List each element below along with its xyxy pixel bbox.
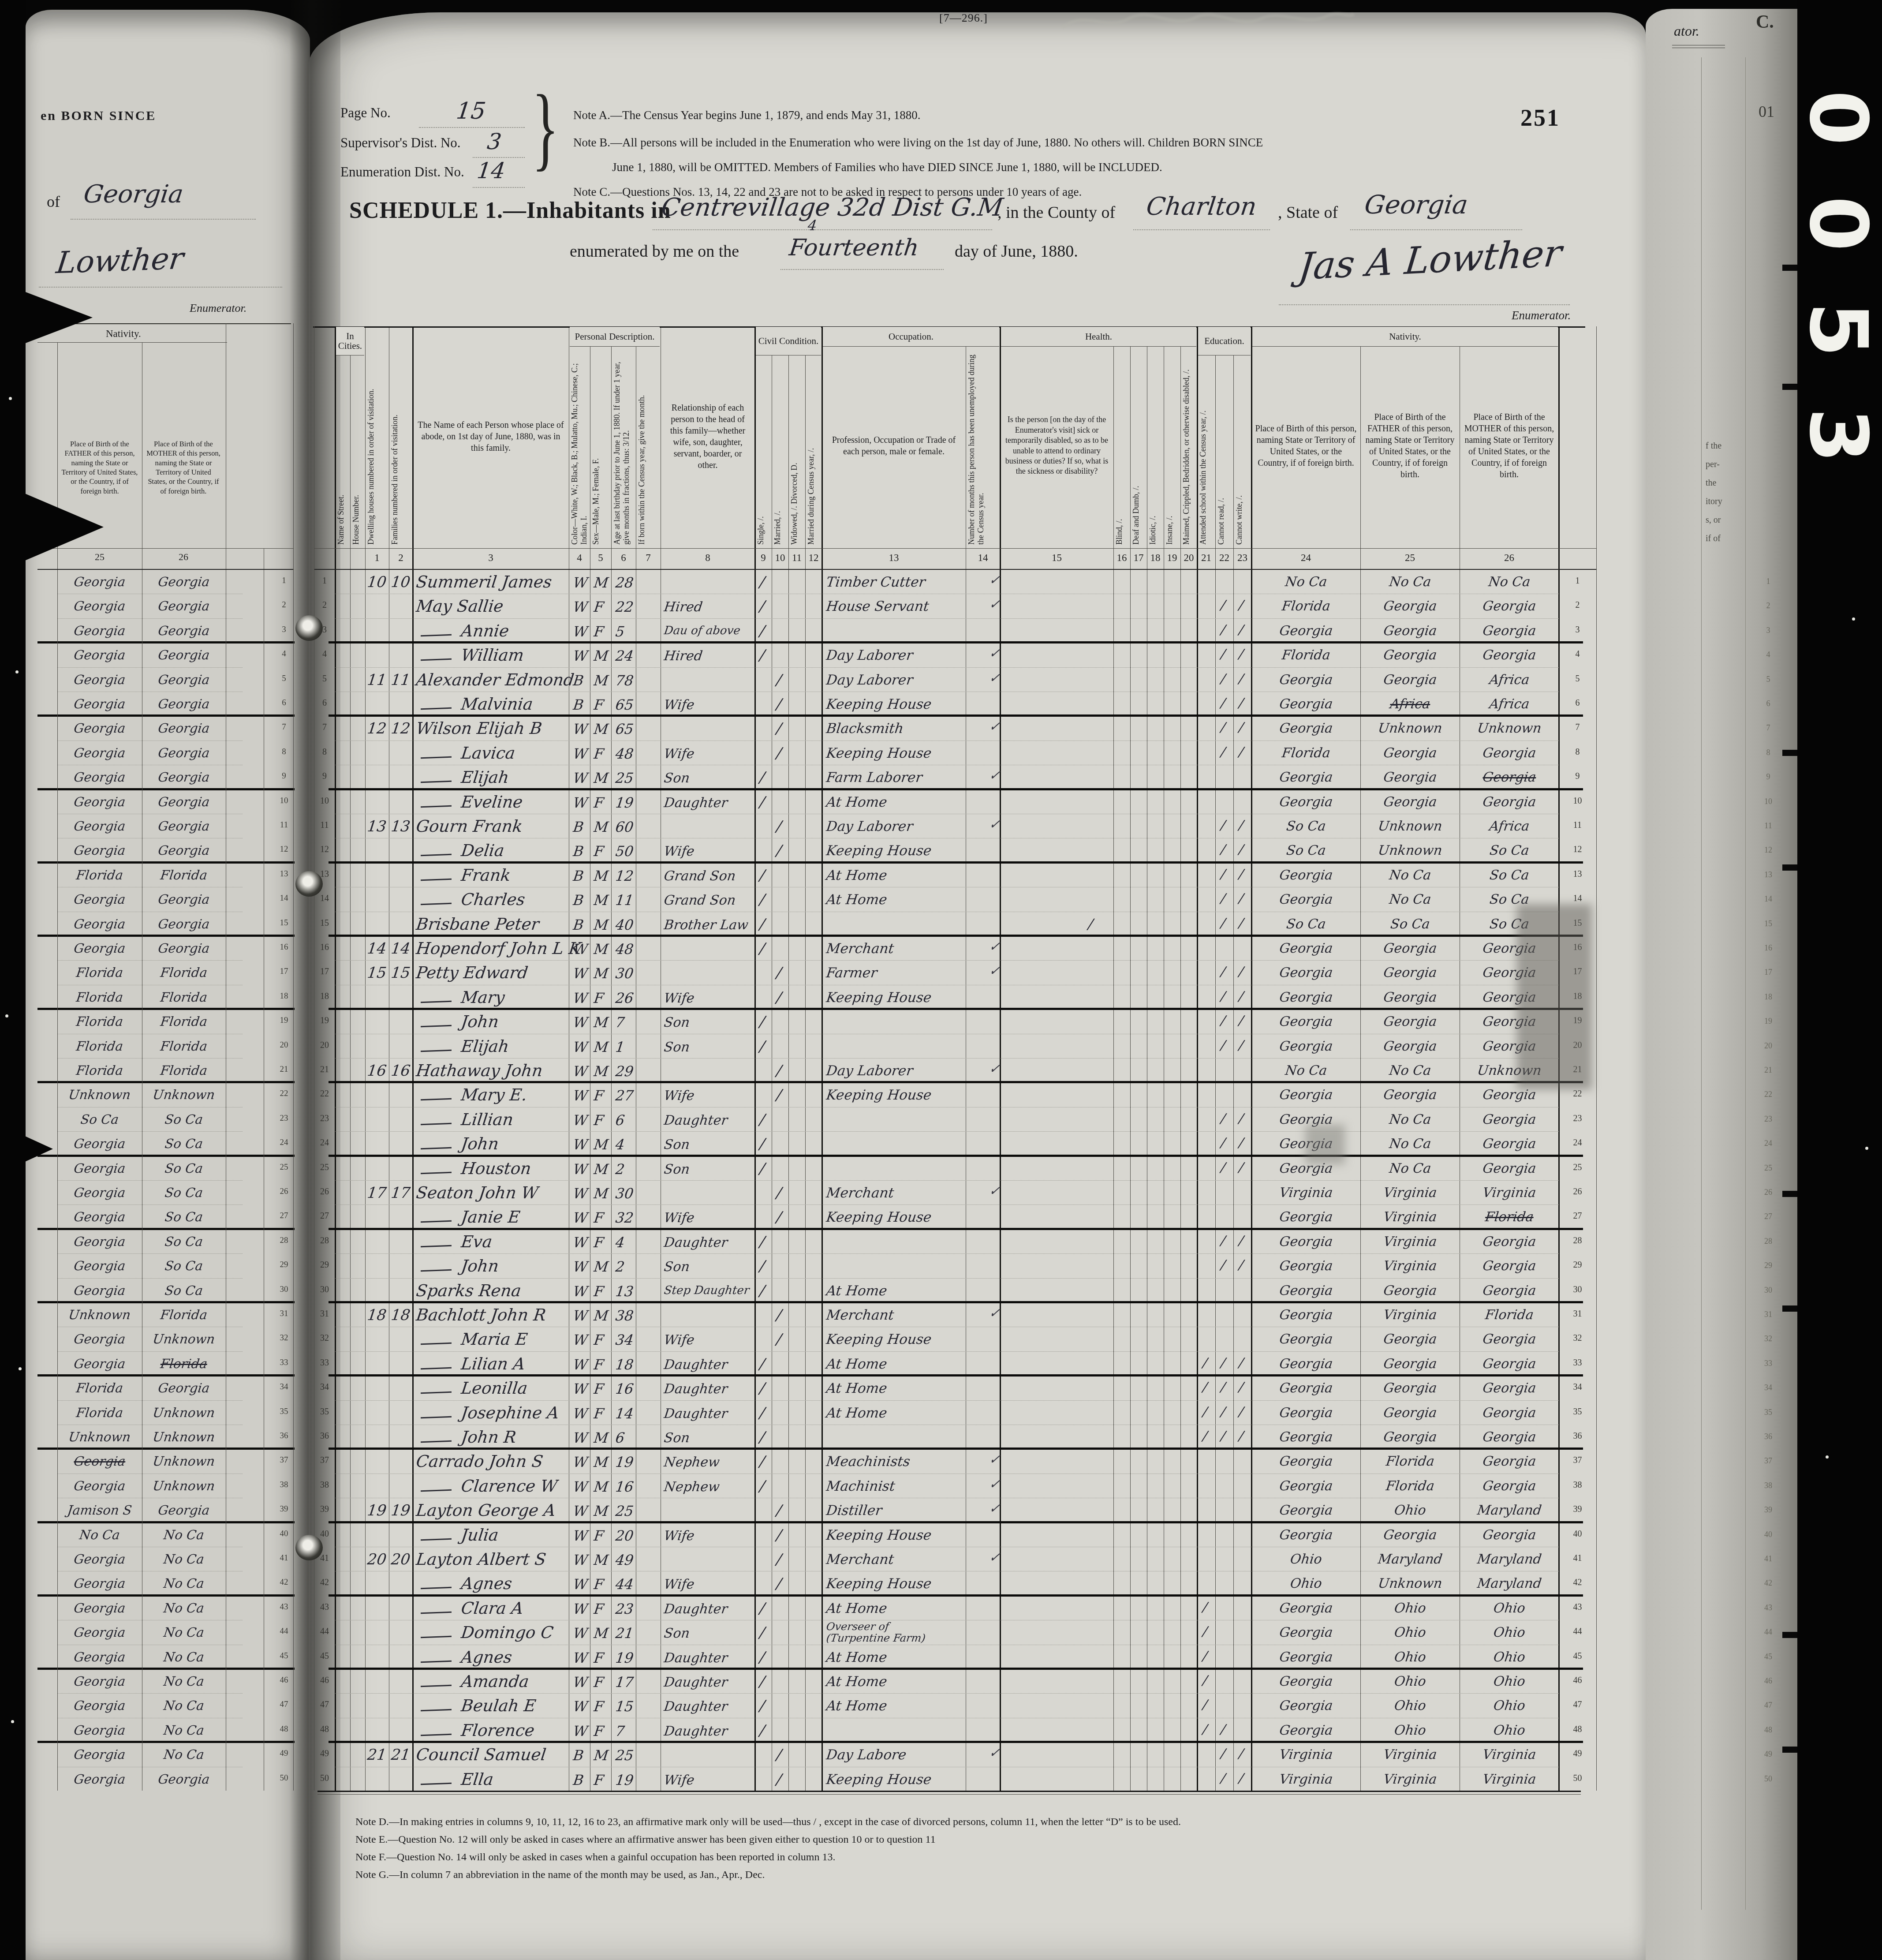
row-line	[335, 740, 1559, 741]
row-12-occupation: Keeping House	[825, 843, 933, 859]
row-41-name: Layton Albert S	[415, 1550, 547, 1569]
row-number-nextpage: 33	[1757, 1359, 1779, 1368]
row-47-birthplace: Georgia	[1278, 1698, 1333, 1713]
row-line	[335, 1400, 1559, 1401]
row-number-prevpage: 41	[273, 1553, 295, 1563]
row-9-sex: M	[593, 770, 609, 786]
row-number-right: 48	[1559, 1724, 1596, 1735]
row-number-nextpage: 45	[1757, 1652, 1779, 1661]
row-number-nextpage: 37	[1757, 1456, 1779, 1466]
row-number-left: 37	[314, 1455, 335, 1466]
page-no-label: Page No.	[340, 105, 391, 121]
row-5-color: B	[572, 672, 585, 689]
row-line	[335, 1693, 1559, 1694]
column-header-3: The Name of each Person whose place of a…	[416, 347, 565, 526]
row-21-color: W	[572, 1063, 589, 1080]
row-number-right: 35	[1559, 1407, 1596, 1417]
row-20-sex: M	[593, 1039, 609, 1055]
row-12-birthplace-mother: So Ca	[1489, 843, 1530, 858]
row-line	[335, 1766, 1559, 1767]
row-line-prevpage	[57, 1180, 243, 1181]
row-8-age: 48	[615, 745, 635, 762]
row-26-birthplace-mother: Virginia	[1482, 1185, 1537, 1201]
prev-row-40-father: No Ca	[78, 1527, 121, 1542]
prev-row-27-mother: So Ca	[164, 1209, 204, 1224]
row-number-nextpage: 48	[1757, 1725, 1779, 1735]
row-1-birthplace-mother: No Ca	[1487, 574, 1531, 590]
row-number-right: 4	[1559, 649, 1596, 659]
row-7-birthplace-mother: Unknown	[1476, 721, 1542, 736]
row-number-prevpage: 46	[273, 1676, 295, 1685]
row-39-color: W	[572, 1503, 589, 1519]
row-line-prevpage	[57, 1033, 243, 1034]
row-line	[335, 1131, 1559, 1132]
row-line	[335, 984, 1559, 985]
column-header-x0: Name of Street.	[336, 359, 349, 545]
row-number-nextpage: 12	[1757, 845, 1779, 855]
row-number-nextpage: 11	[1757, 821, 1779, 830]
row-number-prevpage: 13	[273, 869, 295, 879]
prev-row-11-father: Georgia	[73, 819, 127, 834]
column-header-20: Maimed, Crippled, Bedridden, or otherwis…	[1182, 350, 1196, 545]
family-separator	[329, 788, 1583, 790]
row-45-occupation: At Home	[825, 1650, 888, 1665]
column-number-7: 7	[636, 552, 661, 564]
row-number-right: 41	[1559, 1553, 1596, 1564]
column-header-23: Cannot write, /.	[1235, 359, 1250, 545]
row-46-sex: F	[593, 1674, 605, 1691]
row-line	[335, 886, 1559, 887]
row-13-birthplace-mother: So Ca	[1489, 868, 1530, 883]
row-4-color: W	[572, 647, 589, 664]
prev-row-1-mother: Georgia	[157, 574, 211, 589]
row-15-color: B	[572, 916, 585, 933]
state-label: , State of	[1278, 203, 1338, 222]
prev-row-33-mother: Florida	[160, 1356, 208, 1371]
family-separator	[329, 1594, 1583, 1597]
row-line-prevpage	[57, 1497, 243, 1498]
family-separator-prevpage	[37, 714, 295, 717]
family-separator-prevpage	[37, 1668, 295, 1670]
row-number-right: 6	[1559, 698, 1596, 708]
row-number-left: 32	[314, 1333, 335, 1343]
prev-row-49-mother: No Ca	[163, 1747, 205, 1762]
column-number-23: 23	[1233, 552, 1251, 564]
row-13-sex: M	[593, 868, 609, 884]
column-number-9: 9	[755, 552, 772, 564]
row-41-color: W	[572, 1552, 589, 1568]
row-10-birthplace-father: Georgia	[1382, 794, 1438, 810]
row-29-birthplace-father: Virginia	[1382, 1258, 1438, 1274]
row-40-age: 20	[615, 1527, 635, 1544]
row-30-birthplace-father: Georgia	[1382, 1283, 1438, 1298]
prev-margin-line-a	[264, 548, 264, 1791]
row-49-family: 21	[390, 1746, 411, 1764]
row-3-birthplace: Georgia	[1278, 623, 1333, 639]
prev-row-27-father: Georgia	[73, 1209, 127, 1224]
row-number-right: 25	[1559, 1163, 1596, 1173]
row-number-left: 33	[314, 1358, 335, 1368]
next-edge-tab	[1782, 384, 1797, 390]
row-9-birthplace-father: Georgia	[1382, 770, 1438, 785]
row-line-prevpage	[57, 1107, 243, 1107]
row-16-dwelling: 14	[366, 940, 388, 958]
row-38-age: 16	[615, 1478, 635, 1495]
prev-row-22-father: Unknown	[68, 1087, 132, 1102]
row-number-right: 10	[1559, 796, 1596, 806]
row-line	[335, 1620, 1559, 1620]
prev-row-5-father: Georgia	[73, 672, 127, 687]
prev-row-15-father: Georgia	[73, 916, 127, 931]
row-31-family: 18	[390, 1306, 411, 1324]
row-line	[335, 1253, 1559, 1254]
row-46-birthplace-mother: Ohio	[1493, 1674, 1526, 1689]
enumeration-value: 14	[475, 158, 507, 183]
column-header-19: Insane, /.	[1165, 350, 1179, 545]
next-header-fragment: the	[1706, 478, 1716, 488]
column-header-2: Families numbered in order of visitation…	[390, 332, 411, 545]
row-line-prevpage	[57, 1546, 243, 1547]
family-separator-prevpage	[37, 788, 295, 790]
row-5-dwelling: 11	[366, 671, 388, 689]
row-49-sex: M	[593, 1747, 609, 1764]
row-35-relationship: Daughter	[663, 1406, 728, 1421]
column-number-24: 24	[1251, 552, 1360, 564]
row-9-color: W	[572, 770, 589, 786]
row-line-prevpage	[57, 764, 243, 765]
row-38-birthplace-father: Florida	[1385, 1478, 1435, 1494]
next-edge-tab	[1782, 864, 1797, 871]
row-number-nextpage: 31	[1757, 1310, 1779, 1319]
prev-row-38-mother: Unknown	[152, 1478, 216, 1493]
row-11-occupation: Day Laborer	[825, 819, 914, 834]
row-32-birthplace-father: Georgia	[1382, 1332, 1438, 1347]
prev-row-14-father: Georgia	[73, 892, 127, 907]
next-edge-tab	[1782, 1632, 1797, 1638]
row-number-right: 31	[1559, 1309, 1596, 1319]
row-number-nextpage: 30	[1757, 1286, 1779, 1295]
column-number-1: 1	[365, 552, 389, 564]
row-line-prevpage	[57, 1278, 243, 1279]
row-17-birthplace-father: Georgia	[1382, 965, 1438, 980]
row-line-prevpage	[57, 667, 243, 668]
row-28-birthplace-father: Virginia	[1382, 1234, 1438, 1249]
enumeration-label: Enumeration Dist. No.	[340, 164, 464, 180]
row-number-prevpage: 22	[273, 1089, 295, 1099]
row-33-name: Lilian A	[460, 1354, 526, 1373]
faint-stamp	[1058, 1, 1358, 41]
row-29-name: John	[460, 1257, 500, 1275]
row-number-left: 15	[314, 918, 335, 928]
row-number-right: 46	[1559, 1676, 1596, 1686]
row-45-birthplace-mother: Ohio	[1493, 1650, 1526, 1665]
row-22-age: 27	[615, 1087, 635, 1104]
row-number-nextpage: 19	[1757, 1017, 1779, 1026]
column-header-17: Deaf and Dumb, /.	[1131, 350, 1146, 545]
prev-row-47-mother: No Ca	[163, 1698, 205, 1713]
prev-row-47-father: Georgia	[73, 1698, 127, 1713]
prev-row-14-mother: Georgia	[157, 892, 211, 907]
row-9-age: 25	[615, 770, 635, 786]
row-number-right: 1	[1559, 576, 1596, 586]
place-line	[653, 229, 992, 230]
column-number-17: 17	[1130, 552, 1147, 564]
gray-smudge-2	[1305, 1125, 1345, 1164]
row-number-prevpage: 1	[273, 576, 295, 586]
row-number-nextpage: 10	[1757, 797, 1779, 806]
row-number-left: 39	[314, 1504, 335, 1515]
row-number-left: 10	[314, 796, 335, 806]
row-20-relationship: Son	[663, 1040, 691, 1055]
film-speck	[1865, 1147, 1868, 1150]
row-5-sex: M	[593, 672, 609, 689]
prev-row-16-father: Georgia	[73, 941, 127, 956]
row-43-color: W	[572, 1601, 589, 1617]
row-23-color: W	[572, 1112, 589, 1129]
row-number-prevpage: 39	[273, 1504, 295, 1514]
row-2-name: May Sallie	[415, 597, 504, 616]
row-23-birthplace-father: No Ca	[1388, 1112, 1432, 1127]
row-40-color: W	[572, 1527, 589, 1544]
prev-nativity-underline	[37, 342, 227, 343]
row-line	[335, 1644, 1559, 1645]
row-48-sex: F	[593, 1723, 605, 1739]
row-number-prevpage: 16	[273, 943, 295, 952]
row-14-name: Charles	[460, 890, 526, 909]
row-number-nextpage: 47	[1757, 1701, 1779, 1710]
binder-prong	[295, 1535, 323, 1560]
column-group-civilcondition: Civil Condition.	[756, 327, 821, 355]
column-header-1: Dwelling houses numbered in order of vis…	[366, 332, 388, 545]
row-number-prevpage: 47	[273, 1700, 295, 1709]
row-50-birthplace-father: Virginia	[1382, 1772, 1438, 1787]
row-45-name: Agnes	[460, 1648, 513, 1667]
row-32-color: W	[572, 1332, 589, 1348]
column-group-nativity: Nativity.	[1252, 327, 1558, 347]
row-7-dwelling: 12	[366, 720, 388, 737]
prev-row-19-father: Florida	[75, 1014, 124, 1029]
prev-row-7-mother: Georgia	[157, 721, 211, 736]
row-37-color: W	[572, 1454, 589, 1470]
row-number-nextpage: 24	[1757, 1139, 1779, 1148]
row-line	[335, 1180, 1559, 1181]
prev-row-4-father: Georgia	[73, 647, 127, 662]
page-gutter	[289, 0, 340, 1960]
right-margin-line	[1596, 326, 1597, 1791]
row-number-nextpage: 44	[1757, 1627, 1779, 1637]
row-49-birthplace: Virginia	[1278, 1747, 1333, 1762]
row-3-name: Annie	[460, 621, 510, 640]
row-49-age: 25	[615, 1747, 635, 1764]
row-21-name: Hathaway John	[415, 1061, 544, 1080]
row-number-prevpage: 50	[273, 1773, 295, 1783]
family-separator-prevpage	[37, 1741, 295, 1743]
prev-row-44-father: Georgia	[73, 1625, 127, 1640]
row-35-color: W	[572, 1405, 589, 1422]
row-37-birthplace: Georgia	[1278, 1454, 1333, 1469]
row-number-left: 44	[314, 1627, 335, 1637]
row-23-relationship: Daughter	[663, 1113, 728, 1128]
row-3-birthplace-mother: Georgia	[1482, 623, 1537, 639]
row-number-right: 47	[1559, 1700, 1596, 1710]
row-number-nextpage: 43	[1757, 1603, 1779, 1612]
row-19-sex: M	[593, 1014, 609, 1031]
row-number-left: 48	[314, 1724, 335, 1735]
row-21-family: 16	[390, 1062, 411, 1080]
row-number-nextpage: 46	[1757, 1676, 1779, 1686]
row-13-age: 12	[615, 868, 635, 884]
row-23-sex: F	[593, 1112, 605, 1129]
row-line-prevpage	[57, 1424, 243, 1425]
row-number-right: 8	[1559, 747, 1596, 757]
row-5-birthplace-mother: Africa	[1488, 672, 1530, 688]
row-46-age: 17	[615, 1674, 635, 1691]
row-number-left: 36	[314, 1431, 335, 1441]
row-31-age: 38	[615, 1307, 635, 1324]
prev-state-value: Georgia	[82, 180, 185, 209]
column-number-row-top	[314, 548, 1596, 549]
row-line	[335, 1204, 1559, 1205]
row-12-age: 50	[615, 843, 635, 860]
row-34-relationship: Daughter	[663, 1381, 728, 1397]
row-number-right: 39	[1559, 1504, 1596, 1515]
row-4-name: William	[460, 646, 525, 665]
column-number-19: 19	[1164, 552, 1180, 564]
row-44-age: 21	[615, 1625, 635, 1642]
prev-row-6-father: Georgia	[73, 696, 127, 711]
row-17-occupation: Farmer	[825, 965, 878, 981]
row-33-occupation: At Home	[825, 1356, 888, 1372]
next-enumerator-fragment: ator.	[1674, 23, 1699, 39]
family-separator-prevpage	[37, 1448, 295, 1450]
prev-row-15-mother: Georgia	[157, 916, 211, 931]
column-header-4: Color—White, W.; Black, B.; Mulatto, Mu.…	[570, 350, 589, 545]
row-number-left: 7	[314, 722, 335, 733]
row-13-relationship: Grand Son	[663, 868, 736, 884]
row-number-nextpage: 5	[1757, 675, 1779, 684]
row-line	[335, 1546, 1559, 1547]
family-separator	[329, 1228, 1583, 1230]
row-number-left: 14	[314, 894, 335, 904]
row-11-dwelling: 13	[366, 818, 388, 835]
row-11-family: 13	[390, 818, 411, 835]
row-21-age: 29	[615, 1063, 635, 1080]
row-number-right: 32	[1559, 1333, 1596, 1343]
row-16-name: Hopendorf John L K	[415, 939, 582, 958]
row-number-prevpage: 11	[273, 820, 295, 830]
row-10-sex: F	[593, 794, 605, 811]
row-31-dwelling: 18	[366, 1306, 388, 1324]
row-2-occupation: House Servant	[825, 598, 930, 614]
row-21-dwelling: 16	[366, 1062, 388, 1080]
enumerator-label: Enumerator.	[1512, 309, 1571, 322]
row-number-right: 45	[1559, 1651, 1596, 1661]
row-38-unemployed-check: ✓	[988, 1477, 1001, 1492]
film-speck	[1826, 1455, 1829, 1459]
row-8-color: W	[572, 745, 589, 762]
prev-row-12-mother: Georgia	[157, 843, 211, 858]
row-5-family: 11	[390, 671, 411, 689]
row-16-family: 14	[390, 940, 411, 958]
column-number-13: 13	[822, 552, 966, 564]
row-24-relationship: Son	[663, 1137, 691, 1152]
row-43-birthplace-father: Ohio	[1393, 1601, 1427, 1616]
next-rule-2	[1672, 48, 1725, 48]
row-5-occupation: Day Laborer	[825, 672, 914, 688]
row-number-nextpage: 39	[1757, 1505, 1779, 1515]
row-14-birthplace: Georgia	[1278, 892, 1333, 907]
row-43-age: 23	[615, 1601, 635, 1617]
row-number-left: 17	[314, 967, 335, 977]
next-edge-tab	[1782, 1191, 1797, 1197]
next-stamp: 01	[1759, 102, 1774, 121]
prev-row-40-mother: No Ca	[163, 1527, 205, 1542]
row-19-relationship: Son	[663, 1015, 691, 1030]
row-7-age: 65	[615, 721, 635, 737]
prev-row-39-mother: Georgia	[157, 1503, 211, 1518]
row-number-prevpage: 44	[273, 1627, 295, 1636]
row-4-occupation: Day Laborer	[825, 647, 914, 663]
row-49-color: B	[572, 1747, 585, 1764]
row-27-relationship: Wife	[663, 1210, 695, 1226]
row-4-age: 24	[615, 647, 635, 664]
column-header-22: Cannot read, /.	[1217, 359, 1232, 545]
row-49-unemployed-check: ✓	[988, 1745, 1001, 1761]
row-22-birthplace-mother: Georgia	[1482, 1087, 1537, 1103]
prev-row-50-father: Georgia	[73, 1772, 127, 1787]
row-2-birthplace: Florida	[1281, 598, 1331, 614]
page-no-line	[419, 127, 525, 128]
row-37-birthplace-father: Florida	[1385, 1454, 1435, 1469]
column-header-9: Single, /.	[756, 359, 770, 545]
family-separator	[329, 935, 1583, 937]
row-8-name: Lavica	[460, 744, 516, 763]
row-22-name: Mary E.	[460, 1085, 528, 1104]
film-speck	[5, 1014, 8, 1017]
row-5-name: Alexander Edmond	[415, 670, 575, 689]
row-number-right: 33	[1559, 1358, 1596, 1368]
row-17-dwelling: 15	[366, 964, 388, 982]
row-18-color: W	[572, 990, 589, 1006]
prev-row-46-mother: No Ca	[163, 1674, 205, 1689]
row-48-birthplace-mother: Ohio	[1493, 1723, 1526, 1738]
prev-state-line	[71, 219, 256, 220]
row-38-color: W	[572, 1478, 589, 1495]
row-number-nextpage: 13	[1757, 870, 1779, 879]
row-18-name: Mary	[460, 988, 506, 1007]
family-separator-prevpage	[37, 1155, 295, 1157]
next-edge-tab	[1782, 750, 1797, 756]
row-number-nextpage: 8	[1757, 748, 1779, 757]
row-7-unemployed-check: ✓	[988, 719, 1001, 734]
row-34-name: Leonilla	[460, 1379, 528, 1398]
row-number-prevpage: 43	[273, 1602, 295, 1612]
row-29-relationship: Son	[663, 1259, 691, 1275]
row-36-relationship: Son	[663, 1430, 691, 1446]
row-26-sex: M	[593, 1185, 609, 1202]
row-number-nextpage: 1	[1757, 577, 1779, 586]
county-line	[1133, 229, 1270, 230]
row-42-occupation: Keeping House	[825, 1576, 933, 1592]
row-25-relationship: Son	[663, 1162, 691, 1177]
row-11-name: Gourn Frank	[415, 817, 523, 836]
row-number-right: 11	[1559, 820, 1596, 830]
next-edge-tab	[1782, 1747, 1797, 1753]
row-12-relationship: Wife	[663, 844, 695, 859]
row-number-nextpage: 28	[1757, 1237, 1779, 1246]
row-line	[335, 1497, 1559, 1498]
row-26-family: 17	[390, 1184, 411, 1202]
